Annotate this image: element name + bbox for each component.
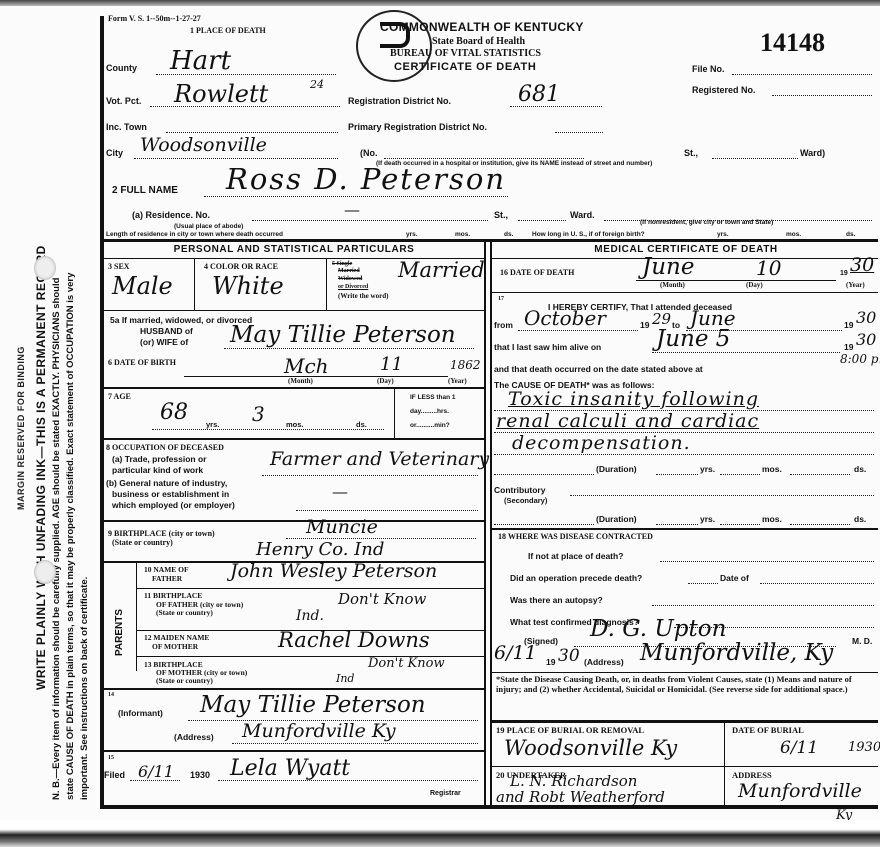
duration-mos: mos. xyxy=(762,464,782,474)
punch-hole xyxy=(34,560,56,584)
marital-widowed: Widowed xyxy=(338,276,362,282)
residence-line xyxy=(252,220,488,221)
row-divider xyxy=(490,292,878,293)
birthplace-state: Henry Co. Ind xyxy=(256,539,384,560)
primary-reg-line xyxy=(555,132,603,133)
last-saw-line xyxy=(652,352,840,353)
st-line xyxy=(712,158,798,159)
less-than-min: or..........min? xyxy=(410,422,450,429)
doctor-address-value: Munfordville, Ky xyxy=(640,640,833,666)
form-bottom-border xyxy=(100,805,878,809)
inc-town-line xyxy=(166,132,338,133)
mother-label-1: 12 MAIDEN NAME xyxy=(144,633,209,642)
cell-divider xyxy=(326,258,327,310)
sign-date: 6/11 xyxy=(494,642,537,664)
informant-address-line xyxy=(232,743,478,744)
dob-year: 1862 xyxy=(450,358,481,372)
length-residence-label: Length of residence in city or town wher… xyxy=(106,231,283,238)
duration-yrs: yrs. xyxy=(700,464,715,474)
age-years: 68 xyxy=(160,400,188,425)
undertaker-address-label: ADDRESS xyxy=(732,770,772,780)
md-label: M. D. xyxy=(852,636,872,646)
full-name-label: 2 FULL NAME xyxy=(112,185,178,196)
race-value: White xyxy=(212,272,284,300)
burial-date-label: DATE OF BURIAL xyxy=(732,725,804,735)
occ-b-value: — xyxy=(332,482,348,501)
vot-pct-label: Vot. Pct. xyxy=(106,96,141,106)
cause-line-3-value: decompensation. xyxy=(512,432,691,454)
cell-divider xyxy=(394,388,395,438)
margin-instructions: MARGIN RESERVED FOR BINDING WRITE PLAINL… xyxy=(16,30,90,810)
header-bureau: BUREAU OF VITAL STATISTICS xyxy=(390,48,541,59)
header-commonwealth: COMMONWEALTH OF KENTUCKY xyxy=(380,20,584,34)
registrar-label: Registrar xyxy=(430,790,461,797)
margin-reserved-text: MARGIN RESERVED FOR BINDING xyxy=(16,30,26,810)
undertaker-address-1: Munfordville xyxy=(738,780,862,802)
city-label: City xyxy=(106,148,123,158)
last-saw-year-prefix: 19 xyxy=(844,342,853,352)
hospital-no-label: (No. xyxy=(360,148,378,158)
write-plainly-text: WRITE PLAINLY WITH UNFADING INK—THIS IS … xyxy=(34,30,48,810)
reg-district-value: 681 xyxy=(518,82,560,107)
marital-write-word: (Write the word) xyxy=(338,292,388,300)
full-name-value: Ross D. Peterson xyxy=(226,162,506,196)
not-place-label: If not at place of death? xyxy=(528,551,623,561)
occurred-label: and that death occurred on the date stat… xyxy=(494,364,703,374)
sign-year-prefix: 19 xyxy=(546,657,555,667)
duration2-yrs: yrs. xyxy=(700,514,715,524)
father-value: John Wesley Peterson xyxy=(230,560,437,582)
instruction-line-3: important. See instructions on back of c… xyxy=(79,30,90,810)
occ-b-label-2: business or establishment in xyxy=(112,489,229,499)
file-no-line xyxy=(732,74,872,75)
how-long-us-label: How long in U. S., if of foreign birth? xyxy=(532,231,645,238)
occ-a-label-2: particular kind of work xyxy=(112,465,203,475)
sign-year: 30 xyxy=(558,646,580,666)
dod-year-label: (Year) xyxy=(846,281,865,289)
personal-heading: PERSONAL AND STATISTICAL PARTICULARS xyxy=(106,244,482,255)
last-saw-value: June 5 xyxy=(656,326,730,352)
father-bp-label-3: (State or country) xyxy=(156,608,213,617)
from-line xyxy=(518,330,638,331)
age-ds-label: ds. xyxy=(356,420,367,429)
dob-month: Mch xyxy=(284,354,329,378)
burial-value: Woodsonville Ky xyxy=(504,736,677,760)
us-ds: ds. xyxy=(846,231,855,238)
sex-value: Male xyxy=(112,272,173,300)
dob-day: 11 xyxy=(380,354,403,375)
row-divider xyxy=(102,387,484,389)
row-divider xyxy=(102,688,484,690)
scan-bottom-edge xyxy=(0,820,880,847)
occ-b-label-1: (b) General nature of industry, xyxy=(106,478,227,488)
informant-address-value: Munfordville Ky xyxy=(242,720,396,742)
occ-a-value: Farmer and Veterinary xyxy=(270,448,489,470)
autopsy-label: Was there an autopsy? xyxy=(510,595,603,605)
marital-value: Married xyxy=(398,258,485,282)
father-bp-state: Ind. xyxy=(296,608,324,624)
duration2-mos: mos. xyxy=(762,514,782,524)
full-name-line xyxy=(204,196,508,197)
registered-no-label: Registered No. xyxy=(692,85,756,95)
last-saw-label: that I last saw him alive on xyxy=(494,342,601,352)
reg-district-label: Registration District No. xyxy=(348,96,451,106)
parents-divider xyxy=(136,561,137,671)
duration-ds: ds. xyxy=(854,464,866,474)
dod-year: 30 xyxy=(850,254,874,276)
hospital-no-line xyxy=(384,158,584,159)
cause-instruction-note: *State the Disease Causing Death, or, in… xyxy=(496,675,878,694)
residence-st-label: St., xyxy=(494,210,508,220)
item18-label: 18 WHERE WAS DISEASE CONTRACTED xyxy=(498,532,653,541)
dob-label: 6 DATE OF BIRTH xyxy=(108,358,176,367)
age-yrs-label: yrs. xyxy=(206,420,219,429)
occ-b-label-3: which employed (or employer) xyxy=(112,500,235,510)
duration2-ds-line xyxy=(790,524,850,525)
last-saw-year: 30 xyxy=(856,330,876,349)
father-bp-label-1: 11 BIRTHPLACE xyxy=(144,591,202,600)
dod-day: 10 xyxy=(756,256,781,280)
residence-mos: mos. xyxy=(455,231,470,238)
occ-a-label-1: (a) Trade, profession or xyxy=(112,454,206,464)
registered-no-line xyxy=(772,95,872,96)
occ-a-line xyxy=(262,475,478,476)
dod-month-label: (Month) xyxy=(660,281,685,289)
row-divider xyxy=(490,528,878,530)
binding-margin: MARGIN RESERVED FOR BINDING WRITE PLAINL… xyxy=(8,30,98,810)
duration2-yrs-line xyxy=(656,524,698,525)
informant-address-label: (Address) xyxy=(174,732,214,742)
doctor-address-label: (Address) xyxy=(584,657,624,667)
age-label: 7 AGE xyxy=(108,392,131,401)
nonresident-note: (If nonresident, give city or town and S… xyxy=(640,219,773,226)
instruction-line-2: state CAUSE OF DEATH in plain terms, so … xyxy=(65,30,76,810)
race-label: 4 COLOR OR RACE xyxy=(204,262,278,271)
occurred-time: 8:00 p.m. xyxy=(840,352,880,366)
item17-number: 17 xyxy=(498,296,504,302)
burial-date: 6/11 xyxy=(780,738,818,758)
occupation-label: 8 OCCUPATION OF DECEASED xyxy=(106,443,224,452)
row-divider xyxy=(490,672,878,673)
contributory-line xyxy=(570,495,874,496)
less-than-label: IF LESS than 1 xyxy=(410,394,456,401)
place-of-death-heading: 1 PLACE OF DEATH xyxy=(190,26,266,35)
duration2-mos-line xyxy=(720,524,760,525)
filed-date: 6/11 xyxy=(138,762,174,781)
dob-day-label: (Day) xyxy=(377,377,394,385)
informant-value: May Tillie Peterson xyxy=(200,692,426,718)
residence-yrs: yrs. xyxy=(406,231,418,238)
file-number-stamp: 14148 xyxy=(760,28,825,58)
to-year-prefix: 19 xyxy=(844,320,853,330)
file-no-label: File No. xyxy=(692,64,725,74)
autopsy-line xyxy=(652,605,874,606)
residence-label: (a) Residence. No. xyxy=(132,210,210,220)
punch-hole xyxy=(34,256,56,280)
not-place-line xyxy=(660,561,874,562)
birthplace-city: Muncie xyxy=(306,516,378,538)
vot-pct-number: 24 xyxy=(310,78,324,91)
residence-ward-label: Ward. xyxy=(570,210,595,220)
signed-value: D. G. Upton xyxy=(590,616,726,642)
date-of-line xyxy=(760,583,874,584)
sex-label: 3 SEX xyxy=(108,262,130,271)
cell-divider xyxy=(194,258,195,310)
primary-reg-label: Primary Registration District No. xyxy=(348,122,487,132)
st-label: St., xyxy=(684,148,698,158)
parents-label: PARENTS xyxy=(114,609,125,656)
duration-line xyxy=(494,474,594,475)
age-line xyxy=(152,429,384,430)
duration-yrs-line xyxy=(656,474,698,475)
father-label-2: FATHER xyxy=(152,574,182,583)
cause-line-3 xyxy=(494,454,874,455)
county-value: Hart xyxy=(170,46,231,76)
header-certificate-title: CERTIFICATE OF DEATH xyxy=(394,61,536,73)
age-mos-label: mos. xyxy=(286,420,304,429)
duration-ds-line xyxy=(790,474,850,475)
operation-label: Did an operation precede death? xyxy=(510,573,642,583)
county-label: County xyxy=(106,63,137,73)
column-divider xyxy=(484,239,486,807)
dod-year-prefix: 19 xyxy=(840,270,848,277)
vot-pct-value: Rowlett xyxy=(174,80,268,108)
filed-label: Filed xyxy=(104,770,125,780)
undertaker-value-2: and Robt Weatherford xyxy=(496,788,665,806)
mother-bp-state: Ind xyxy=(336,672,354,685)
marital-single: 5 Single xyxy=(332,261,352,268)
row-divider xyxy=(490,766,878,767)
scan-top-edge xyxy=(0,0,880,6)
father-bp-city: Don't Know xyxy=(338,590,426,608)
occ-b-line xyxy=(296,510,478,511)
duration-mos-line xyxy=(720,474,760,475)
residence-ds: ds. xyxy=(504,231,513,238)
spouse-label-3: (or) WIFE of xyxy=(140,337,188,347)
dod-month: June xyxy=(642,254,694,280)
usual-abode-label: (Usual place of abode) xyxy=(174,223,243,230)
burial-label: 19 PLACE OF BURIAL OR REMOVAL xyxy=(496,725,644,735)
residence-st-line xyxy=(518,220,566,221)
mother-bp-city: Don't Know xyxy=(368,656,445,671)
mother-value: Rachel Downs xyxy=(278,628,430,652)
from-label: from xyxy=(494,320,513,330)
ward-label: Ward) xyxy=(800,148,825,158)
certificate-form: Form V. S. 1--50m--1-27-27 1 PLACE OF DE… xyxy=(100,8,878,808)
row-divider xyxy=(102,750,484,752)
contributory-label: Contributory xyxy=(494,485,545,495)
less-than-hrs: day.........hrs. xyxy=(410,408,449,415)
row-divider xyxy=(490,720,878,723)
duration2-label: (Duration) xyxy=(596,514,637,524)
death-certificate-page: MARGIN RESERVED FOR BINDING WRITE PLAINL… xyxy=(0,0,880,847)
row-divider xyxy=(102,310,484,311)
duration-label: (Duration) xyxy=(596,464,637,474)
spouse-line xyxy=(224,348,474,349)
to-year: 30 xyxy=(856,308,876,327)
secondary-label: (Secondary) xyxy=(504,496,547,505)
form-code: Form V. S. 1--50m--1-27-27 xyxy=(108,14,201,23)
mother-label-2: OF MOTHER xyxy=(152,642,198,651)
us-yrs: yrs. xyxy=(717,231,729,238)
spouse-value: May Tillie Peterson xyxy=(230,322,456,348)
registrar-value: Lela Wyatt xyxy=(230,756,350,781)
spouse-label-2: HUSBAND of xyxy=(140,326,193,336)
us-mos: mos. xyxy=(786,231,801,238)
informant-number: 14 xyxy=(108,692,114,698)
row-divider xyxy=(102,438,484,440)
mother-bp-label-3: (State or country) xyxy=(156,676,213,685)
inc-town-label: Inc. Town xyxy=(106,122,147,132)
age-months: 3 xyxy=(252,402,265,426)
row-divider xyxy=(102,520,484,522)
header-board: State Board of Health xyxy=(432,36,525,47)
from-value: October xyxy=(524,306,606,330)
instruction-line-1: N. B.—Every item of information should b… xyxy=(51,30,62,810)
marital-divorced: or Divorced xyxy=(338,284,368,290)
burial-year: 1930 xyxy=(848,740,880,755)
filed-number: 15 xyxy=(108,755,114,761)
dod-label: 16 DATE OF DEATH xyxy=(500,268,574,277)
birthplace-label-1: 9 BIRTHPLACE (city or town) xyxy=(108,529,215,538)
cause-line-2-value: renal calculi and cardiac xyxy=(496,410,759,432)
duration2-line xyxy=(494,524,594,525)
city-value: Woodsonville xyxy=(140,134,267,156)
birthplace-label-2: (State or country) xyxy=(112,538,173,547)
city-line xyxy=(134,158,338,159)
marital-married: Married xyxy=(338,268,360,274)
duration2-ds: ds. xyxy=(854,514,866,524)
dod-day-label: (Day) xyxy=(746,281,763,289)
cell-divider xyxy=(724,722,725,807)
operation-line xyxy=(688,583,718,584)
father-label-1: 10 NAME OF xyxy=(144,565,189,574)
filed-year: 1930 xyxy=(190,770,210,780)
row-divider xyxy=(136,588,484,589)
residence-dash: — xyxy=(344,200,360,219)
informant-label: (Informant) xyxy=(118,708,163,718)
dob-month-label: (Month) xyxy=(288,377,313,385)
date-of-label: Date of xyxy=(720,573,749,583)
cause-line-1-value: Toxic insanity following xyxy=(508,388,759,410)
from-year-prefix: 19 xyxy=(640,320,649,330)
dob-year-label: (Year) xyxy=(448,377,467,385)
